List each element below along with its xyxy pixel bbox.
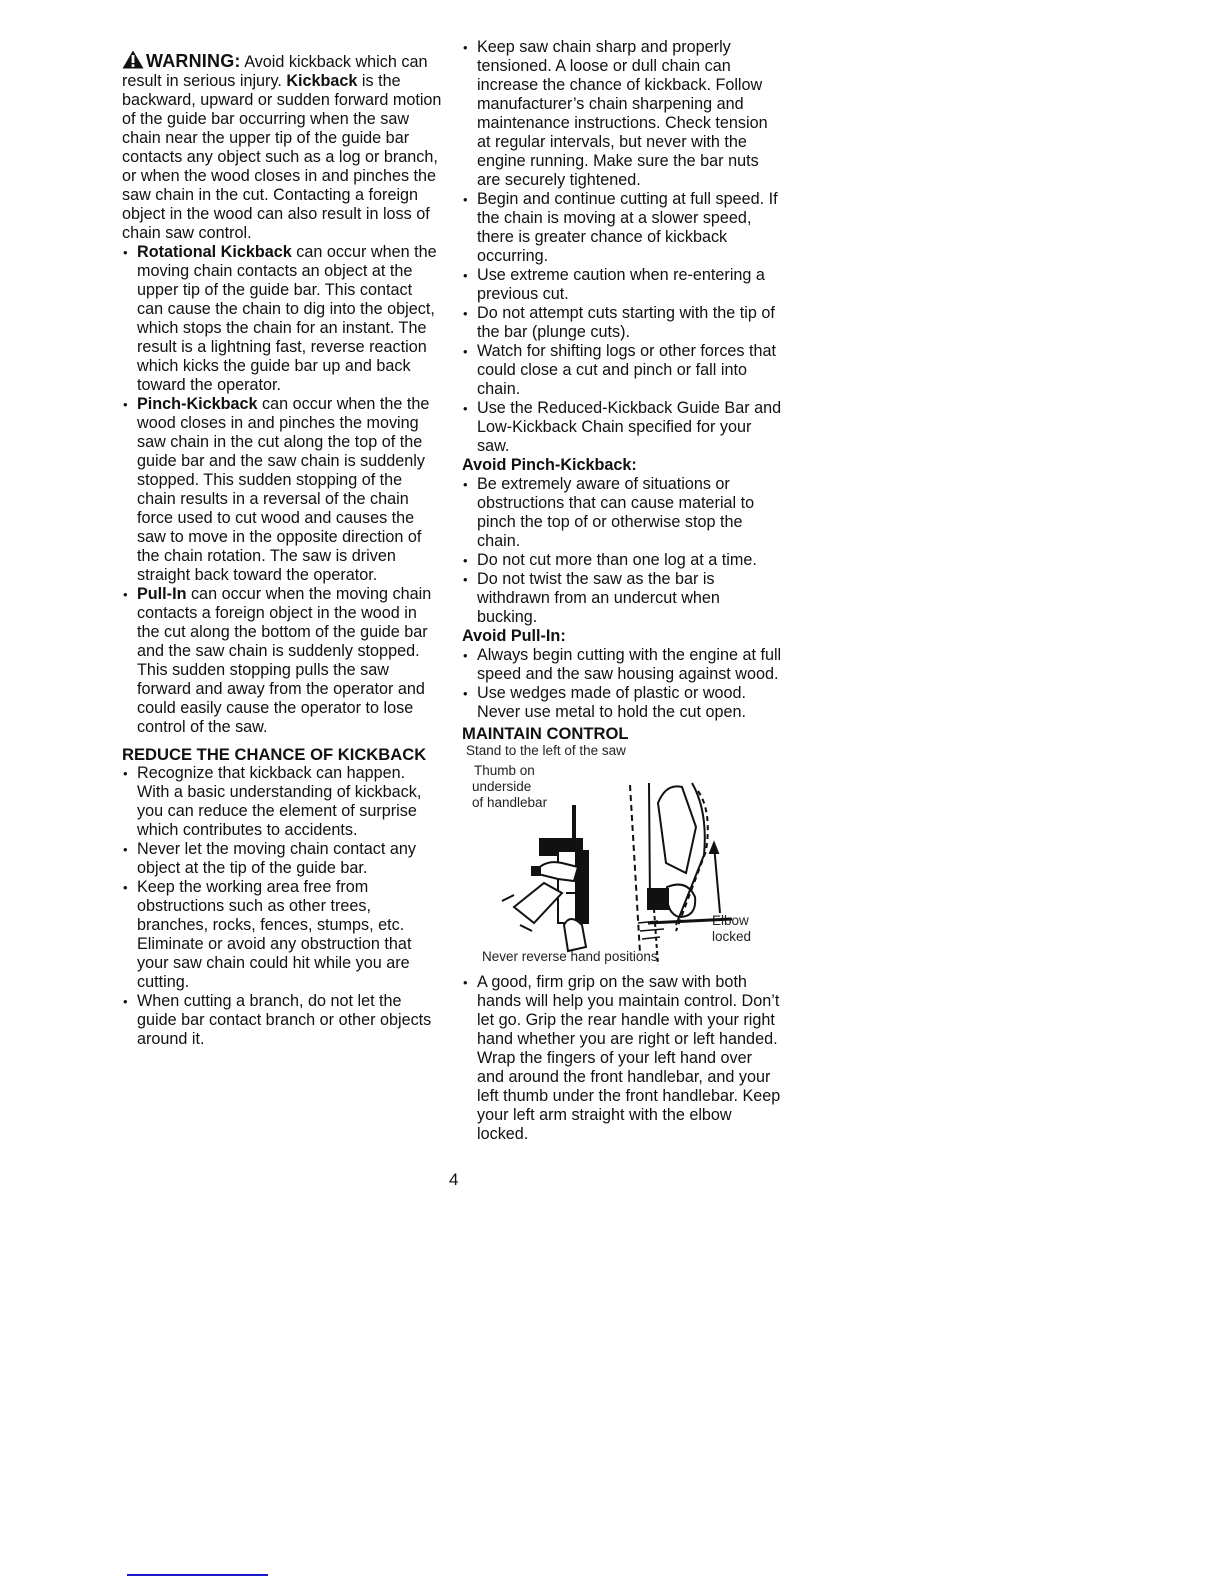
list-item: Do not twist the saw as the bar is withd…	[462, 570, 782, 627]
kickback-term: Kickback	[286, 72, 357, 90]
list-item: Do not cut more than one log at a time.	[462, 551, 782, 570]
figure-caption-bottom: Never reverse hand positions	[482, 949, 658, 964]
list-item: Do not attempt cuts starting with the ti…	[462, 304, 782, 342]
maintain-list: A good, firm grip on the saw with both h…	[462, 973, 782, 1144]
left-column: WARNING: Avoid kickback which can result…	[122, 50, 442, 1049]
list-item: Pinch-Kickback can occur when the the wo…	[122, 395, 442, 585]
list-item: A good, firm grip on the saw with both h…	[462, 973, 782, 1144]
list-item: Never let the moving chain contact any o…	[122, 840, 442, 878]
reduce-list-right: Keep saw chain sharp and properly tensio…	[462, 38, 782, 456]
term: Pull-In	[137, 585, 186, 603]
list-item: Rotational Kickback can occur when the m…	[122, 243, 442, 395]
avoid-pull-heading: Avoid Pull-In:	[462, 627, 782, 646]
list-item: Use wedges made of plastic or wood. Neve…	[462, 684, 782, 722]
list-item: Watch for shifting logs or other forces …	[462, 342, 782, 399]
footer-rule	[127, 1574, 268, 1576]
list-item: Recognize that kickback can happen. With…	[122, 764, 442, 840]
list-item: Use the Reduced-Kickback Guide Bar and L…	[462, 399, 782, 456]
kickback-definition: is the backward, upward or sudden forwar…	[122, 72, 441, 242]
term: Pinch-Kickback	[137, 395, 258, 413]
list-item: Use extreme caution when re-entering a p…	[462, 266, 782, 304]
list-item: Always begin cutting with the engine at …	[462, 646, 782, 684]
maintain-control-figure: Stand to the left of the saw Thumb on un…	[462, 743, 762, 965]
term: Rotational Kickback	[137, 243, 292, 261]
page-number: 4	[449, 1170, 458, 1190]
list-item: Keep saw chain sharp and properly tensio…	[462, 38, 782, 190]
definition: can occur when the the wood closes in an…	[137, 395, 429, 584]
kickback-types-list: Rotational Kickback can occur when the m…	[122, 243, 442, 737]
list-item: Pull-In can occur when the moving chain …	[122, 585, 442, 737]
right-column: Keep saw chain sharp and properly tensio…	[462, 38, 782, 1144]
maintain-heading: MAINTAIN CONTROL	[462, 724, 782, 743]
reduce-list-left: Recognize that kickback can happen. With…	[122, 764, 442, 1049]
reduce-heading: REDUCE THE CHANCE OF KICKBACK	[122, 745, 442, 764]
warning-triangle-icon	[122, 50, 144, 69]
list-item: Keep the working area free from obstruct…	[122, 878, 442, 992]
list-item: Be extremely aware of situations or obst…	[462, 475, 782, 551]
definition: can occur when the moving chain contacts…	[137, 243, 437, 394]
avoid-pull-list: Always begin cutting with the engine at …	[462, 646, 782, 722]
avoid-pinch-heading: Avoid Pinch-Kickback:	[462, 456, 782, 475]
chainsaw-grip-illustration	[462, 743, 762, 965]
list-item: When cutting a branch, do not let the gu…	[122, 992, 442, 1049]
definition: can occur when the moving chain contacts…	[137, 585, 431, 736]
warning-paragraph: WARNING: Avoid kickback which can result…	[122, 50, 442, 243]
list-item: Begin and continue cutting at full speed…	[462, 190, 782, 266]
avoid-pinch-list: Be extremely aware of situations or obst…	[462, 475, 782, 627]
warning-label: WARNING:	[146, 51, 241, 71]
